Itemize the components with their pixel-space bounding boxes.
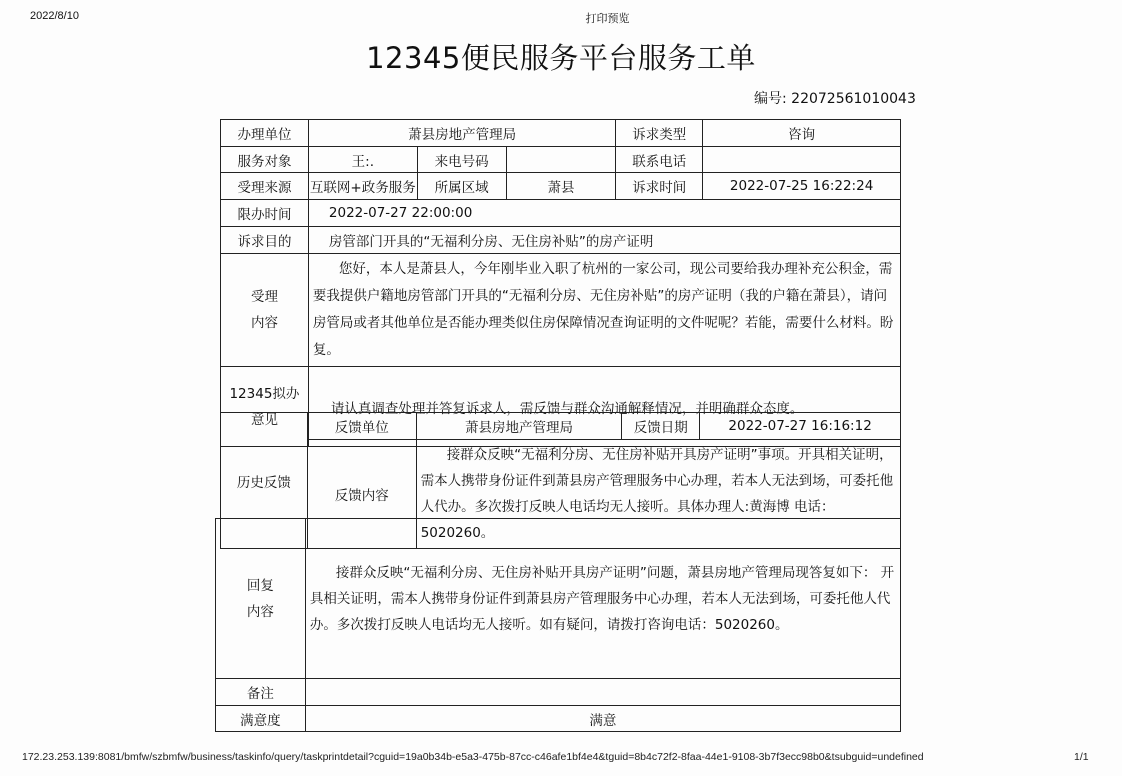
caller-number-value bbox=[506, 147, 616, 173]
satisfaction-value: 满意 bbox=[305, 706, 900, 732]
content-text: 您好，本人是萧县人，今年刚毕业入职了杭州的一家公司，现公司要给我办理补充公积金，… bbox=[313, 261, 894, 358]
feedback-unit-label: 反馈单位 bbox=[307, 413, 416, 440]
serial-label: 编号: bbox=[754, 91, 787, 107]
satisfaction-label: 满意度 bbox=[216, 706, 306, 732]
feedback-date-label: 反馈日期 bbox=[622, 413, 700, 440]
reply-value: 接群众反映“无福利分房、无住房补贴开具房产证明”问题，萧县房地产管理局现答复如下… bbox=[305, 519, 900, 679]
content-value: 您好，本人是萧县人，今年刚毕业入职了杭州的一家公司，现公司要给我办理补充公积金，… bbox=[308, 254, 900, 367]
handling-unit-label: 办理单位 bbox=[221, 120, 309, 147]
region-label: 所属区域 bbox=[417, 173, 506, 200]
feedback-date-value: 2022-07-27 16:16:12 bbox=[700, 413, 901, 440]
content-label-line1: 受理 bbox=[221, 284, 308, 310]
caller-number-label: 来电号码 bbox=[417, 147, 506, 173]
request-type-label: 诉求类型 bbox=[616, 120, 703, 147]
handling-unit-value: 萧县房地产管理局 bbox=[308, 120, 615, 147]
request-time-label: 诉求时间 bbox=[616, 173, 703, 200]
request-time-value: 2022-07-25 16:22:24 bbox=[703, 173, 901, 200]
deadline-label: 限办时间 bbox=[221, 200, 309, 227]
feedback-unit-value: 萧县房地产管理局 bbox=[416, 413, 622, 440]
reply-table: 回复 内容 接群众反映“无福利分房、无住房补贴开具房产证明”问题，萧县房地产管理… bbox=[215, 518, 901, 732]
reply-label-line1: 回复 bbox=[216, 573, 305, 599]
reply-text: 接群众反映“无福利分房、无住房补贴开具房产证明”问题，萧县房地产管理局现答复如下… bbox=[310, 565, 894, 633]
source-value: 互联网+政务服务 bbox=[308, 173, 417, 200]
print-preview-title: 打印预览 bbox=[0, 10, 1122, 26]
source-label: 受理来源 bbox=[221, 173, 309, 200]
region-value: 萧县 bbox=[506, 173, 616, 200]
reply-label-line2: 内容 bbox=[216, 599, 305, 625]
serial-number: 编号: 22072561010043 bbox=[754, 88, 916, 108]
content-label: 受理 内容 bbox=[221, 254, 309, 367]
request-type-value: 咨询 bbox=[703, 120, 901, 147]
opinion-label-line1: 12345拟办 bbox=[221, 381, 308, 407]
content-label-line2: 内容 bbox=[221, 310, 308, 336]
purpose-label: 诉求目的 bbox=[221, 227, 309, 254]
remarks-label: 备注 bbox=[216, 679, 306, 706]
serial-value: 22072561010043 bbox=[791, 91, 916, 107]
page-number: 1/1 bbox=[1074, 751, 1089, 763]
service-target-value: 王:. bbox=[308, 147, 417, 173]
contact-phone-label: 联系电话 bbox=[616, 147, 703, 173]
contact-phone-value bbox=[703, 147, 901, 173]
purpose-value: 房管部门开具的“无福利分房、无住房补贴”的房产证明 bbox=[308, 227, 900, 254]
service-target-label: 服务对象 bbox=[221, 147, 309, 173]
remarks-value bbox=[305, 679, 900, 706]
page-url: 172.23.253.139:8081/bmfw/szbmfw/business… bbox=[22, 751, 924, 763]
work-order-top: 办理单位 萧县房地产管理局 诉求类型 咨询 服务对象 王:. 来电号码 联系电话… bbox=[220, 119, 901, 447]
deadline-value: 2022-07-27 22:00:00 bbox=[308, 200, 900, 227]
document-title: 12345便民服务平台服务工单 bbox=[0, 36, 1122, 77]
reply-label: 回复 内容 bbox=[216, 519, 306, 679]
